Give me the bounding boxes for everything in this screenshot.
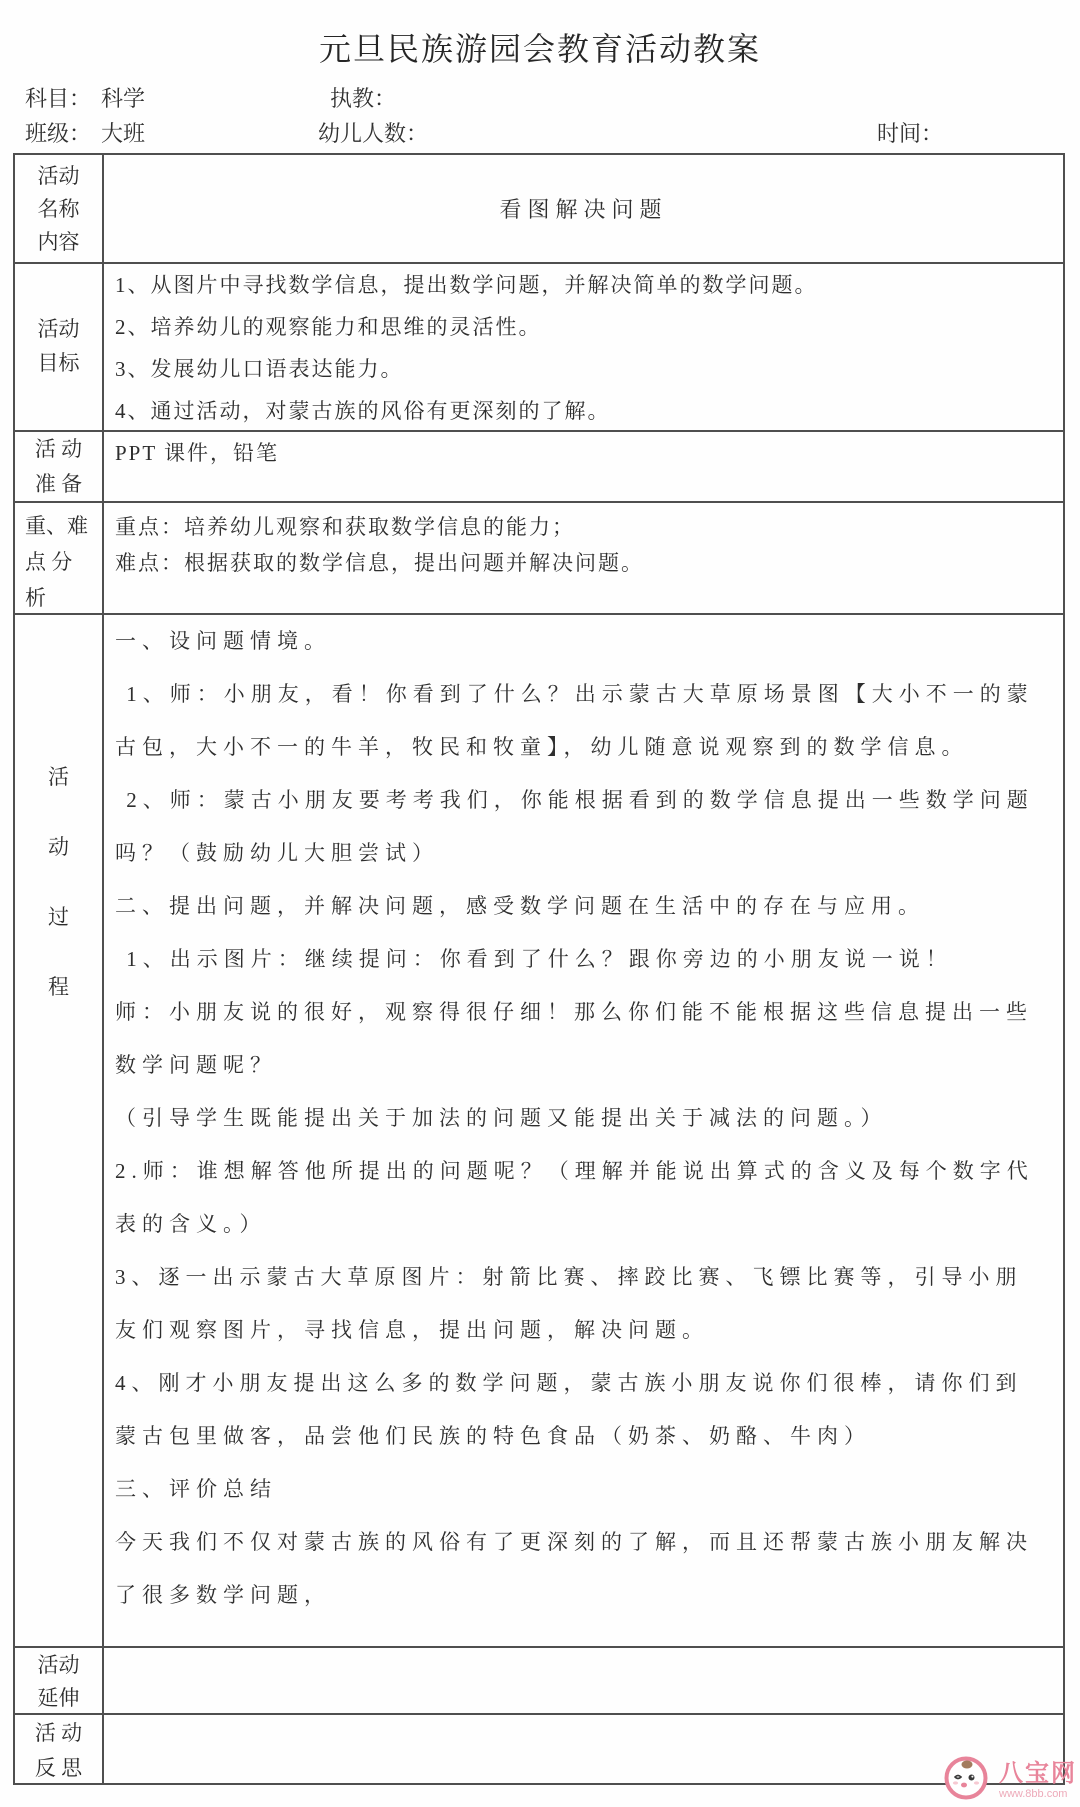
table-row-activity-reflection: 活 动反 思 — [15, 1713, 1063, 1783]
text-line: 三、评价总结 — [115, 1463, 1057, 1516]
time-field: 时间： — [877, 117, 953, 148]
text-line: 1、师：小朋友，看！你看到了什么？出示蒙古大草原场景图【大小不一的蒙 — [115, 668, 1057, 721]
row-content: 看图解决问题 — [104, 155, 1063, 262]
watermark-site-url: www.8bb.com — [999, 1788, 1067, 1801]
text-line: 活 — [15, 742, 102, 812]
babao-watermark: 八宝网 www.8bb.com — [944, 1756, 1077, 1801]
row-content — [104, 1715, 1063, 1783]
text-line: 内容 — [15, 226, 102, 259]
row-label: 活 动准 备 — [15, 432, 104, 501]
text-line: 程 — [15, 952, 102, 1022]
text-line: 4、刚才小朋友提出这么多的数学问题，蒙古族小朋友说你们很棒，请你们到 — [115, 1357, 1057, 1410]
row-content: 一、设问题情境。 1、师：小朋友，看！你看到了什么？出示蒙古大草原场景图【大小不… — [104, 615, 1063, 1646]
row-content — [104, 1648, 1063, 1713]
text-line: 一、设问题情境。 — [115, 615, 1057, 668]
table-row-key-difficult-points: 重、难点 分析 重点：培养幼儿观察和获取数学信息的能力；难点：根据获取的数学信息… — [15, 501, 1063, 613]
table-row-activity-extension: 活动延伸 — [15, 1646, 1063, 1713]
text-line: 析 — [25, 580, 102, 613]
text-line: 过 — [15, 882, 102, 952]
text-line: 吗？（鼓励幼儿大胆尝试） — [115, 827, 1057, 880]
row-label: 活动过程 — [15, 615, 104, 1646]
text-line: 4、通过活动，对蒙古族的风俗有更深刻的了解。 — [115, 390, 1063, 430]
document-title: 元旦民族游园会教育活动教案 — [0, 24, 1080, 70]
row-label: 活动延伸 — [15, 1648, 104, 1713]
text-line: 延伸 — [15, 1682, 102, 1713]
text-line: 准 备 — [15, 467, 102, 501]
row-label: 活动目标 — [15, 264, 104, 430]
text-line: 活 动 — [15, 432, 102, 467]
children-count-field: 幼儿人数： — [318, 117, 438, 148]
text-line: 3、逐一出示蒙古大草原图片：射箭比赛、摔跤比赛、飞镖比赛等，引导小朋 — [115, 1251, 1057, 1304]
table-row-activity-process: 活动过程 一、设问题情境。 1、师：小朋友，看！你看到了什么？出示蒙古大草原场景… — [15, 613, 1063, 1646]
text-line: 难点：根据获取的数学信息，提出问题并解决问题。 — [115, 545, 1063, 581]
text-line: 名称 — [15, 193, 102, 226]
row-label: 重、难点 分析 — [15, 503, 104, 613]
text-line: 了很多数学问题， — [115, 1569, 1057, 1622]
row-content: 重点：培养幼儿观察和获取数学信息的能力；难点：根据获取的数学信息，提出问题并解决… — [104, 503, 1063, 613]
text-line: 3、发展幼儿口语表达能力。 — [115, 348, 1063, 390]
text-line: 蒙古包里做客，品尝他们民族的特色食品（奶茶、奶酪、牛肉） — [115, 1410, 1057, 1463]
text-line: 重点：培养幼儿观察和获取数学信息的能力； — [115, 509, 1063, 545]
baby-face-logo-icon — [944, 1756, 988, 1800]
text-line: 友们观察图片，寻找信息，提出问题，解决问题。 — [115, 1304, 1057, 1357]
text-line: 2、培养幼儿的观察能力和思维的灵活性。 — [115, 306, 1063, 348]
text-line: 点 分 — [25, 544, 102, 580]
row-content: PPT 课件，铅笔 — [104, 432, 1063, 501]
text-line: 重、难 — [25, 508, 102, 544]
text-line: 2.师：谁想解答他所提出的问题呢？（理解并能说出算式的含义及每个数字代 — [115, 1145, 1057, 1198]
teacher-label: 执教： — [330, 86, 396, 111]
teacher-field: 执教： — [330, 82, 406, 113]
text-line: 师：小朋友说的很好，观察得很仔细！那么你们能不能根据这些信息提出一些 — [115, 986, 1057, 1039]
row-content: 1、从图片中寻找数学信息，提出数学问题，并解决简单的数学问题。2、培养幼儿的观察… — [104, 264, 1063, 430]
class-field: 班级：大班 — [25, 117, 145, 148]
subject-value: 科学 — [101, 86, 145, 111]
row-label: 活 动反 思 — [15, 1715, 104, 1783]
text-line: （引导学生既能提出关于加法的问题又能提出关于减法的问题。） — [115, 1092, 1057, 1145]
row-label: 活动名称内容 — [15, 155, 104, 262]
text-line: 活 动 — [15, 1716, 102, 1751]
subject-field: 科目：科学 — [25, 82, 145, 113]
subject-label: 科目： — [25, 86, 91, 111]
activity-name-text: 看图解决问题 — [499, 193, 667, 224]
table-row-activity-name: 活动名称内容 看图解决问题 — [15, 155, 1063, 262]
text-line: 今天我们不仅对蒙古族的风俗有了更深刻的了解，而且还帮蒙古族小朋友解决 — [115, 1516, 1057, 1569]
text-line: 目标 — [15, 346, 102, 380]
text-line: 活动 — [15, 1649, 102, 1682]
text-line: 活动 — [15, 160, 102, 193]
lesson-plan-document: 元旦民族游园会教育活动教案 科目：科学 执教： 班级：大班 幼儿人数： 时间： … — [0, 0, 1080, 1807]
lesson-plan-table: 活动名称内容 看图解决问题 活动目标 1、从图片中寻找数学信息，提出数学问题，并… — [13, 153, 1065, 1785]
text-line: 动 — [15, 812, 102, 882]
text-line: 表的含义。） — [115, 1198, 1057, 1251]
table-row-activity-preparation: 活 动准 备 PPT 课件，铅笔 — [15, 430, 1063, 501]
preparation-text: PPT 课件，铅笔 — [115, 441, 279, 465]
text-line: 活动 — [15, 312, 102, 346]
text-line: 2、师：蒙古小朋友要考考我们，你能根据看到的数学信息提出一些数学问题 — [115, 774, 1057, 827]
text-line: 1、从图片中寻找数学信息，提出数学问题，并解决简单的数学问题。 — [115, 264, 1063, 306]
watermark-text: 八宝网 www.8bb.com — [999, 1756, 1077, 1801]
table-row-activity-goals: 活动目标 1、从图片中寻找数学信息，提出数学问题，并解决简单的数学问题。2、培养… — [15, 262, 1063, 430]
class-label: 班级： — [25, 121, 91, 146]
text-line: 古包，大小不一的牛羊，牧民和牧童】，幼儿随意说观察到的数学信息。 — [115, 721, 1057, 774]
children-count-label: 幼儿人数： — [318, 121, 428, 146]
text-line: 1、出示图片：继续提问：你看到了什么？跟你旁边的小朋友说一说！ — [115, 933, 1057, 986]
text-line: 反 思 — [15, 1751, 102, 1783]
class-value: 大班 — [101, 121, 145, 146]
text-line: 二、提出问题，并解决问题，感受数学问题在生活中的存在与应用。 — [115, 880, 1057, 933]
watermark-site-name: 八宝网 — [999, 1761, 1077, 1787]
text-line: 数学问题呢？ — [115, 1039, 1057, 1092]
time-label: 时间： — [877, 121, 943, 146]
